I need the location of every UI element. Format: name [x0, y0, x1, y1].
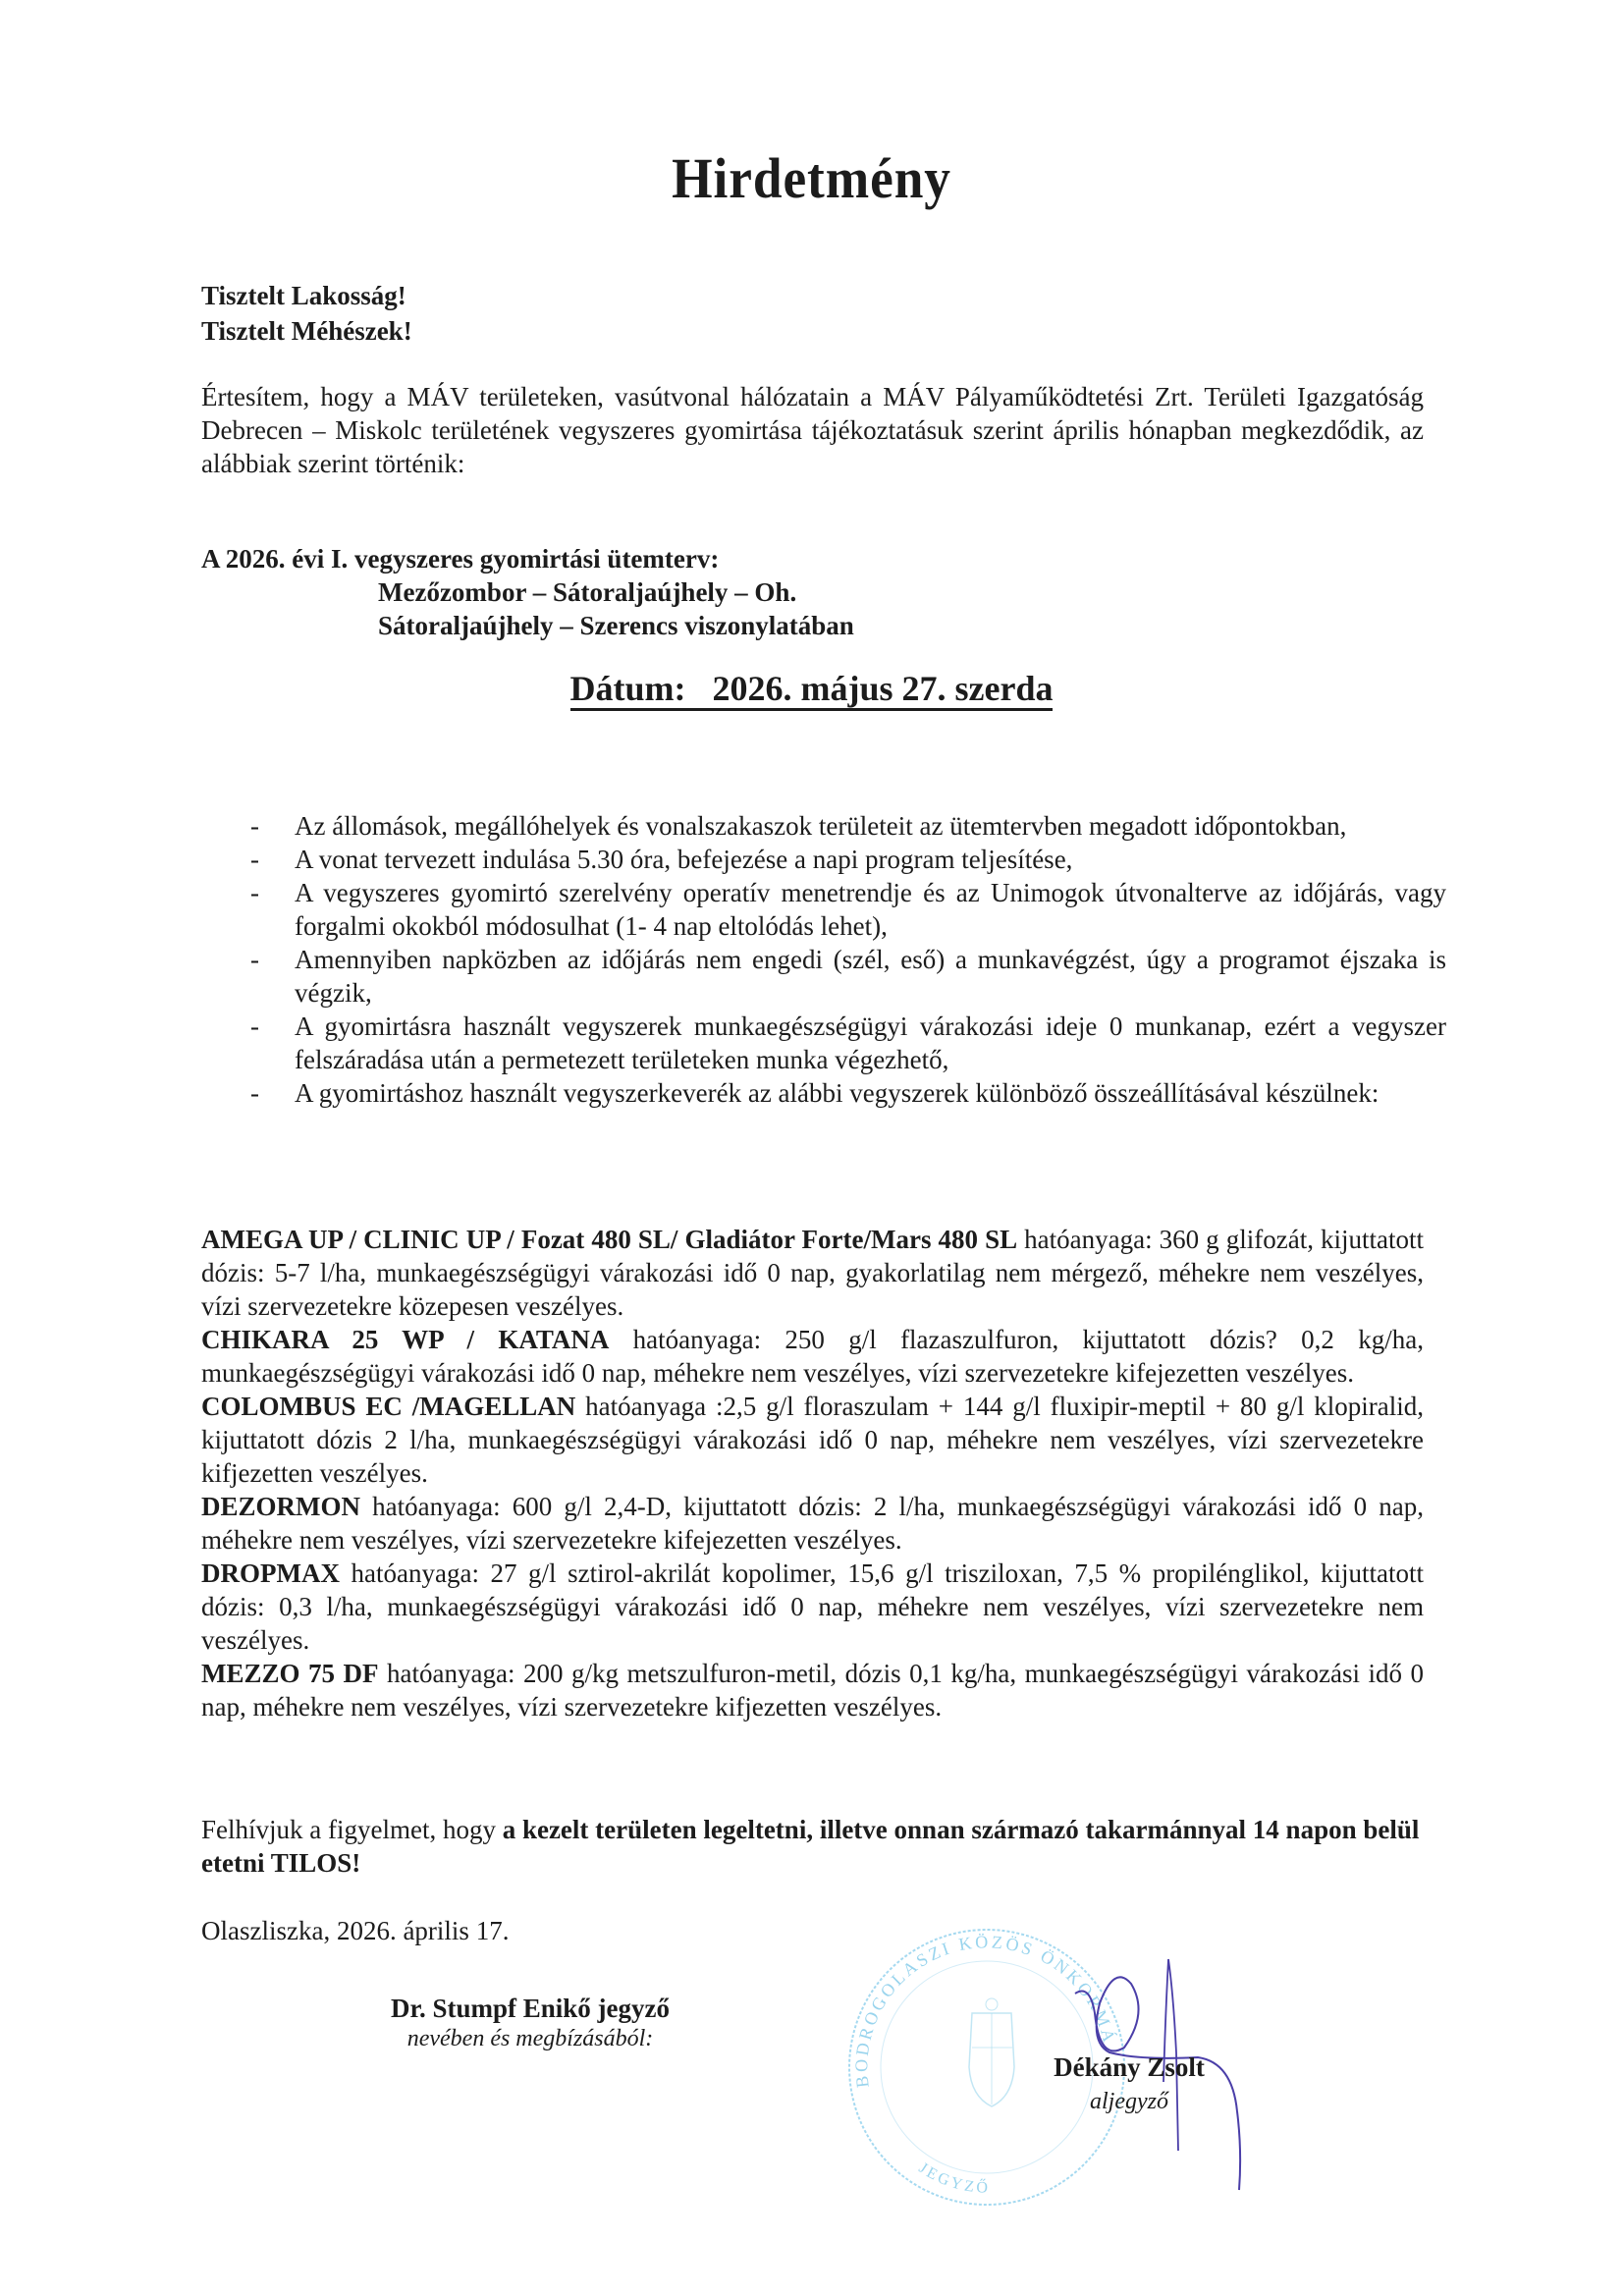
product-entry: AMEGA UP / CLINIC UP / Fozat 480 SL/ Gla…	[201, 1223, 1424, 1323]
product-name: MEZZO 75 DF	[201, 1659, 379, 1688]
product-entry: COLOMBUS EC /MAGELLAN hatóanyaga :2,5 g/…	[201, 1390, 1424, 1490]
primary-signer-name: Dr. Stumpf Enikő jegyző	[334, 1994, 727, 2024]
product-name: COLOMBUS EC /MAGELLAN	[201, 1392, 575, 1421]
plan-route-2: Sátoraljaújhely – Szerencs viszonylatába…	[201, 609, 854, 642]
plan-heading: A 2026. évi I. vegyszeres gyomirtási üte…	[201, 544, 719, 574]
product-name: DEZORMON	[201, 1492, 360, 1521]
product-description: hatóanyaga: 600 g/l 2,4-D, kijuttatott d…	[201, 1492, 1424, 1555]
list-item: A gyomirtásra használt vegyszerek munkae…	[241, 1010, 1446, 1076]
product-entry: MEZZO 75 DF hatóanyaga: 200 g/kg metszul…	[201, 1657, 1424, 1723]
list-item: A gyomirtáshoz használt vegyszerkeverék …	[241, 1076, 1446, 1110]
product-entry: DEZORMON hatóanyaga: 600 g/l 2,4-D, kiju…	[201, 1490, 1424, 1557]
list-item: Az állomások, megállóhelyek és vonalszak…	[241, 809, 1446, 843]
product-description: hatóanyaga: 27 g/l sztirol-akrilát kopol…	[201, 1558, 1424, 1655]
salutation-residents: Tisztelt Lakosság!	[201, 281, 406, 311]
date-text: Dátum: 2026. május 27. szerda	[570, 669, 1054, 711]
warning-prefix: Felhívjuk a figyelmet, hogy	[201, 1815, 503, 1844]
product-entry: DROPMAX hatóanyaga: 27 g/l sztirol-akril…	[201, 1557, 1424, 1657]
conditions-list: Az állomások, megállóhelyek és vonalszak…	[241, 809, 1446, 1110]
salutation-beekeepers: Tisztelt Méhészek!	[201, 316, 412, 347]
place-and-date: Olaszliszka, 2026. április 17.	[201, 1916, 509, 1946]
product-name: AMEGA UP / CLINIC UP / Fozat 480 SL/ Gla…	[201, 1225, 1017, 1254]
document-page: Hirdetmény Tisztelt Lakosság! Tisztelt M…	[0, 0, 1623, 2296]
primary-signer-role: nevében és megbízásából:	[334, 2026, 727, 2052]
list-item: A vegyszeres gyomirtó szerelvény operatí…	[241, 876, 1446, 943]
secondary-signer-block: Dékány Zsolt aljegyző	[1031, 2052, 1227, 2115]
plan-route-1: Mezőzombor – Sátoraljaújhely – Oh.	[201, 575, 854, 609]
document-title: Hirdetmény	[65, 145, 1558, 211]
product-entry: CHIKARA 25 WP / KATANA hatóanyaga: 250 g…	[201, 1323, 1424, 1390]
primary-signer-block: Dr. Stumpf Enikő jegyző nevében és megbí…	[334, 1994, 727, 2052]
intro-paragraph: Értesítem, hogy a MÁV területeken, vasút…	[201, 380, 1424, 480]
product-description: hatóanyaga: 200 g/kg metszulfuron-metil,…	[201, 1659, 1424, 1722]
list-item: A vonat tervezett indulása 5.30 óra, bef…	[241, 843, 1446, 876]
date-heading: Dátum: 2026. május 27. szerda	[0, 668, 1623, 709]
secondary-signer-name: Dékány Zsolt	[1031, 2052, 1227, 2083]
list-item: Amennyiben napközben az időjárás nem eng…	[241, 943, 1446, 1010]
product-name: CHIKARA 25 WP / KATANA	[201, 1325, 609, 1354]
product-name: DROPMAX	[201, 1558, 340, 1588]
schedule-plan: A 2026. évi I. vegyszeres gyomirtási üte…	[201, 542, 854, 642]
grazing-warning: Felhívjuk a figyelmet, hogy a kezelt ter…	[201, 1813, 1424, 1880]
products-section: AMEGA UP / CLINIC UP / Fozat 480 SL/ Gla…	[201, 1223, 1424, 1723]
secondary-signer-role: aljegyző	[1031, 2089, 1227, 2115]
